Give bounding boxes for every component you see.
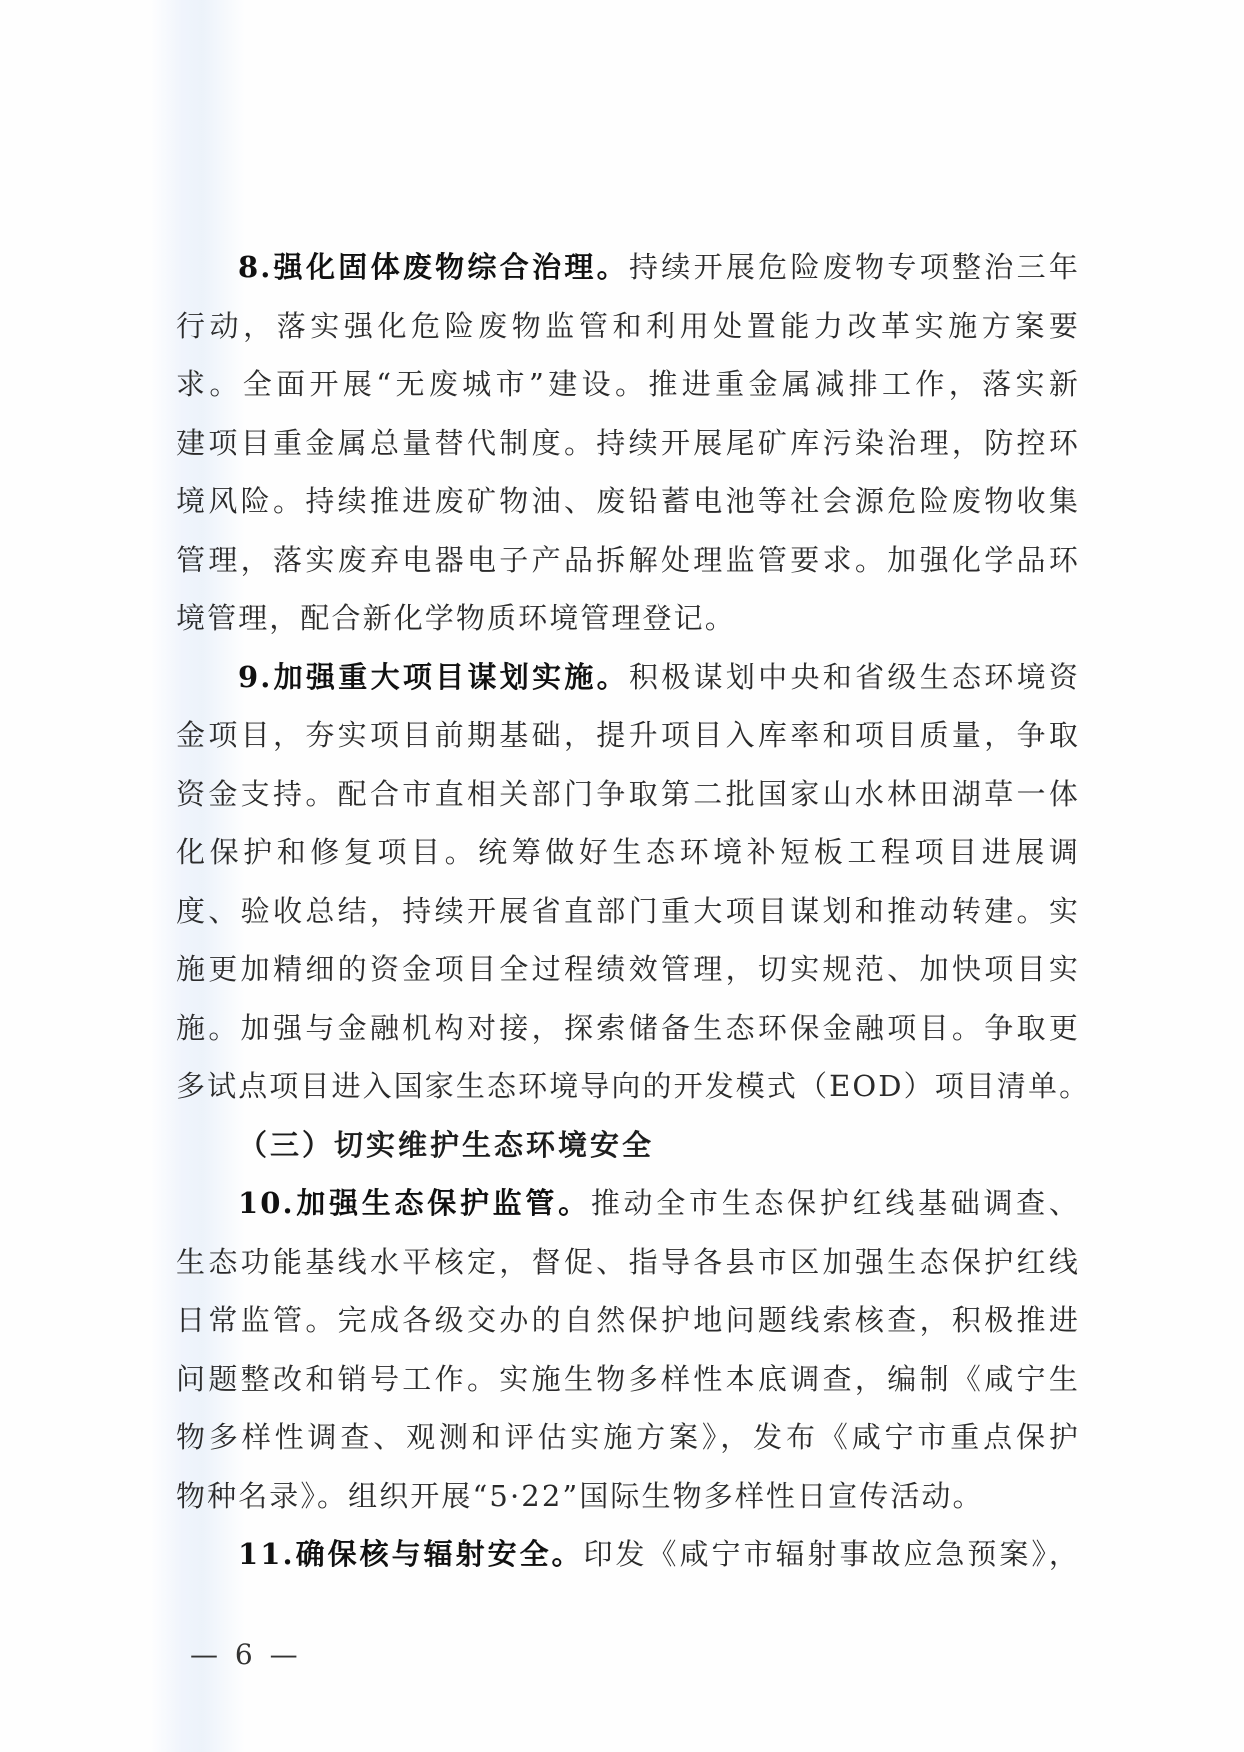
paragraph-8-line-4: 建项目重金属总量替代制度。持续开展尾矿库污染治理，防控环 bbox=[176, 414, 1080, 473]
paragraph-10-line-5: 物多样性调查、观测和评估实施方案》，发布《咸宁市重点保护 bbox=[176, 1408, 1080, 1467]
paragraph-10-line-4: 问题整改和销号工作。实施生物多样性本底调查，编制《咸宁生 bbox=[176, 1350, 1080, 1409]
page-number: — 6 — bbox=[190, 1638, 302, 1671]
paragraph-9-line-2: 金项目，夯实项目前期基础，提升项目入库率和项目质量，争取 bbox=[176, 706, 1080, 765]
paragraph-8-line-3: 求。全面开展“无废城市”建设。推进重金属减排工作，落实新 bbox=[176, 355, 1080, 414]
paragraph-8-line-6: 管理，落实废弃电器电子产品拆解处理监管要求。加强化学品环 bbox=[176, 531, 1080, 590]
paragraph-10-line-2: 生态功能基线水平核定，督促、指导各县市区加强生态保护红线 bbox=[176, 1233, 1080, 1292]
paragraph-10-line-3: 日常监管。完成各级交办的自然保护地问题线索核查，积极推进 bbox=[176, 1291, 1080, 1350]
paragraph-10-line-6: 物种名录》。组织开展“5·22”国际生物多样性日宣传活动。 bbox=[176, 1467, 1080, 1526]
paragraph-9-line-6: 施更加精细的资金项目全过程绩效管理，切实规范、加快项目实 bbox=[176, 940, 1080, 999]
paragraph-9-line-3: 资金支持。配合市直相关部门争取第二批国家山水林田湖草一体 bbox=[176, 765, 1080, 824]
paragraph-8-line-1: 8.强化固体废物综合治理。持续开展危险废物专项整治三年 bbox=[176, 238, 1080, 297]
paragraph-9-line-7: 施。加强与金融机构对接，探索储备生态环保金融项目。争取更 bbox=[176, 999, 1080, 1058]
paragraph-11-line-1: 11.确保核与辐射安全。印发《咸宁市辐射事故应急预案》， bbox=[176, 1525, 1080, 1584]
paragraph-8-line-5: 境风险。持续推进废矿物油、废铅蓄电池等社会源危险废物收集 bbox=[176, 472, 1080, 531]
item-9-title: 9.加强重大项目谋划实施。 bbox=[238, 660, 629, 694]
item-11-title: 11.确保核与辐射安全。 bbox=[238, 1537, 584, 1571]
paragraph-10-line-1: 10.加强生态保护监管。推动全市生态保护红线基础调查、 bbox=[176, 1174, 1080, 1233]
paragraph-9-line-1: 9.加强重大项目谋划实施。积极谋划中央和省级生态环境资 bbox=[176, 648, 1080, 707]
paragraph-9-line-4: 化保护和修复项目。统筹做好生态环境补短板工程项目进展调 bbox=[176, 823, 1080, 882]
paragraph-9-line-5: 度、验收总结，持续开展省直部门重大项目谋划和推动转建。实 bbox=[176, 882, 1080, 941]
paragraph-8-line-7: 境管理，配合新化学物质环境管理登记。 bbox=[176, 589, 1080, 648]
paragraph-8-line-2: 行动，落实强化危险废物监管和利用处置能力改革实施方案要 bbox=[176, 297, 1080, 356]
section-heading: （三）切实维护生态环境安全 bbox=[176, 1116, 1080, 1175]
item-10-title: 10.加强生态保护监管。 bbox=[238, 1186, 591, 1220]
item-8-title: 8.强化固体废物综合治理。 bbox=[238, 250, 629, 284]
paragraph-9-line-8: 多试点项目进入国家生态环境导向的开发模式（EOD）项目清单。 bbox=[176, 1057, 1080, 1116]
document-body: 8.强化固体废物综合治理。持续开展危险废物专项整治三年 行动，落实强化危险废物监… bbox=[176, 238, 1080, 1584]
